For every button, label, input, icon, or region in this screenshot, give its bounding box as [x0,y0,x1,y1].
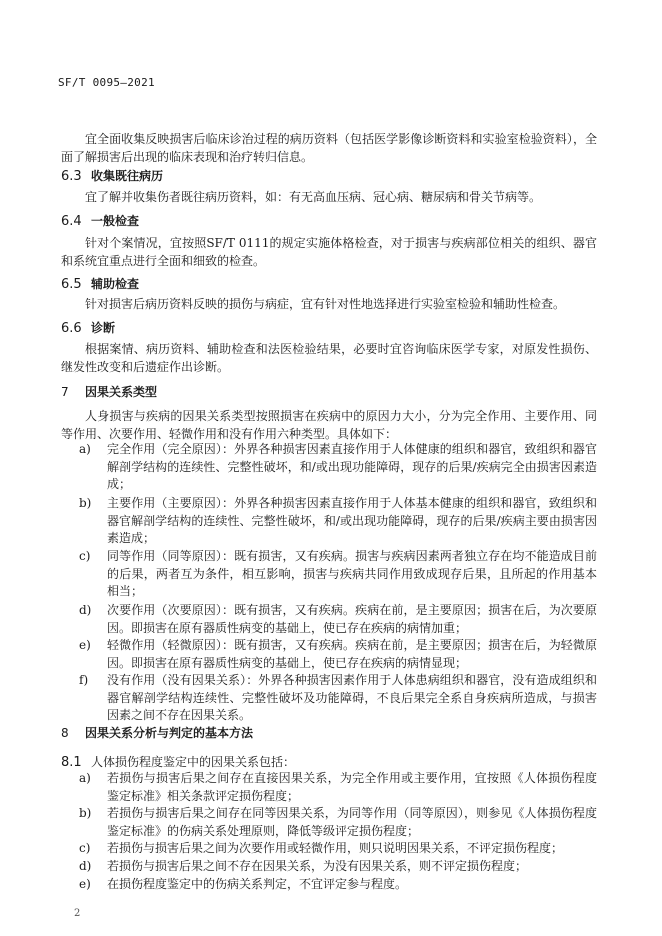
section-title: 诊断 [91,321,115,335]
section-number: 8 [61,726,85,740]
heading-8-1: 8.1人体损伤程度鉴定中的因果关系包括： [61,753,295,770]
section-number: 6.5 [61,277,91,292]
section-number: 7 [61,385,85,399]
list-item-7a: a) 完全作用（完全原因）：外界各种损害因素直接作用于人体健康的组织和器官，致组… [79,441,597,494]
list-text: 若损伤与损害后果之间存在直接因果关系，为完全作用或主要作用，宜按照《人体损伤程度… [107,770,597,805]
list-marker: d) [79,858,103,876]
section-number: 8.1 [61,755,91,770]
list-text: 若损伤与损害后果之间不存在因果关系，为没有因果关系，则不评定损伤程度； [107,858,597,876]
list-marker: a) [79,770,103,788]
paragraph-6-3: 宜了解并收集伤者既往病历资料，如：有无高血压病、冠心病、糖尿病和骨关节病等。 [61,188,597,206]
paragraph-6-4: 针对个案情况，宜按照SF/T 0111的规定实施体格检查，对于损害与疾病部位相关… [61,234,597,270]
list-marker: e) [79,637,103,655]
list-text: 在损伤程度鉴定中的伤病关系判定，不宜评定参与程度。 [107,876,597,894]
section-number: 6.3 [61,169,91,184]
paragraph-7: 人身损害与疾病的因果关系类型按照损害在疾病中的原因力大小，分为完全作用、主要作用… [61,407,597,443]
section-title: 人体损伤程度鉴定中的因果关系包括： [91,755,295,769]
list-text: 若损伤与损害后果之间为次要作用或轻微作用，则只说明因果关系，不评定损伤程度； [107,840,597,858]
section-title: 辅助检查 [91,277,139,291]
list-marker: d) [79,602,103,620]
list-item-7c: c) 同等作用（同等原因）：既有损害，又有疾病。损害与疾病因素两者独立存在均不能… [79,548,597,601]
list-marker: c) [79,840,103,858]
paragraph-6-5: 针对损害后病历资料反映的损伤与病症，宜有针对性地选择进行实验室检验和辅助性检查。 [61,295,597,313]
section-number: 6.6 [61,321,91,336]
heading-6-6: 6.6诊断 [61,319,115,336]
list-item-7b: b) 主要作用（主要原因）：外界各种损害因素直接作用于人体基本健康的组织和器官，… [79,495,597,548]
paragraph-6-6: 根据案情、病历资料、辅助检查和法医检验结果，必要时宜咨询临床医学专家，对原发性损… [61,340,597,376]
section-title: 收集既往病历 [91,169,163,183]
heading-6-3: 6.3收集既往病历 [61,167,163,184]
section-title: 一般检查 [91,214,139,228]
list-text: 没有作用（没有因果关系）：外界各种损害因素作用于人体患病组织和器官，没有造成组织… [107,672,597,725]
section-title: 因果关系类型 [85,385,157,399]
heading-6-5: 6.5辅助检查 [61,275,139,292]
heading-6-4: 6.4一般检查 [61,212,139,229]
list-text: 次要作用（次要原因）：既有损害，又有疾病。疾病在前，是主要原因；损害在后，为次要… [107,602,597,637]
list-item-8-1a: a) 若损伤与损害后果之间存在直接因果关系，为完全作用或主要作用，宜按照《人体损… [79,770,597,805]
list-text: 主要作用（主要原因）：外界各种损害因素直接作用于人体基本健康的组织和器官，致组织… [107,495,597,548]
list-marker: a) [79,441,103,459]
list-marker: b) [79,805,103,823]
list-text: 同等作用（同等原因）：既有损害，又有疾病。损害与疾病因素两者独立存在均不能造成目… [107,548,597,601]
paragraph-6-2: 宜全面收集反映损害后临床诊治过程的病历资料（包括医学影像诊断资料和实验室检验资料… [61,130,597,166]
list-marker: c) [79,548,103,566]
list-item-7e: e) 轻微作用（轻微原因）：既有损害，又有疾病。疾病在前，是主要原因；损害在后，… [79,637,597,672]
section-number: 6.4 [61,214,91,229]
list-text: 轻微作用（轻微原因）：既有损害，又有疾病。疾病在前，是主要原因；损害在后，为轻微… [107,637,597,672]
list-marker: f) [79,672,103,690]
list-item-8-1c: c) 若损伤与损害后果之间为次要作用或轻微作用，则只说明因果关系，不评定损伤程度… [79,840,597,858]
list-item-8-1b: b) 若损伤与损害后果之间存在同等因果关系，为同等作用（同等原因），则参见《人体… [79,805,597,840]
list-text: 若损伤与损害后果之间存在同等因果关系，为同等作用（同等原因），则参见《人体损伤程… [107,805,597,840]
list-marker: b) [79,495,103,513]
list-item-8-1d: d) 若损伤与损害后果之间不存在因果关系，为没有因果关系，则不评定损伤程度； [79,858,597,876]
list-item-7f: f) 没有作用（没有因果关系）：外界各种损害因素作用于人体患病组织和器官，没有造… [79,672,597,725]
page-number: 2 [74,908,80,919]
heading-7: 7因果关系类型 [61,383,157,400]
document-code-header: SF/T 0095—2021 [58,76,155,89]
heading-8: 8因果关系分析与判定的基本方法 [61,724,253,741]
list-text: 完全作用（完全原因）：外界各种损害因素直接作用于人体健康的组织和器官，致组织和器… [107,441,597,494]
section-title: 因果关系分析与判定的基本方法 [85,726,253,740]
list-item-8-1e: e) 在损伤程度鉴定中的伤病关系判定，不宜评定参与程度。 [79,876,597,894]
list-item-7d: d) 次要作用（次要原因）：既有损害，又有疾病。疾病在前，是主要原因；损害在后，… [79,602,597,637]
list-marker: e) [79,876,103,894]
